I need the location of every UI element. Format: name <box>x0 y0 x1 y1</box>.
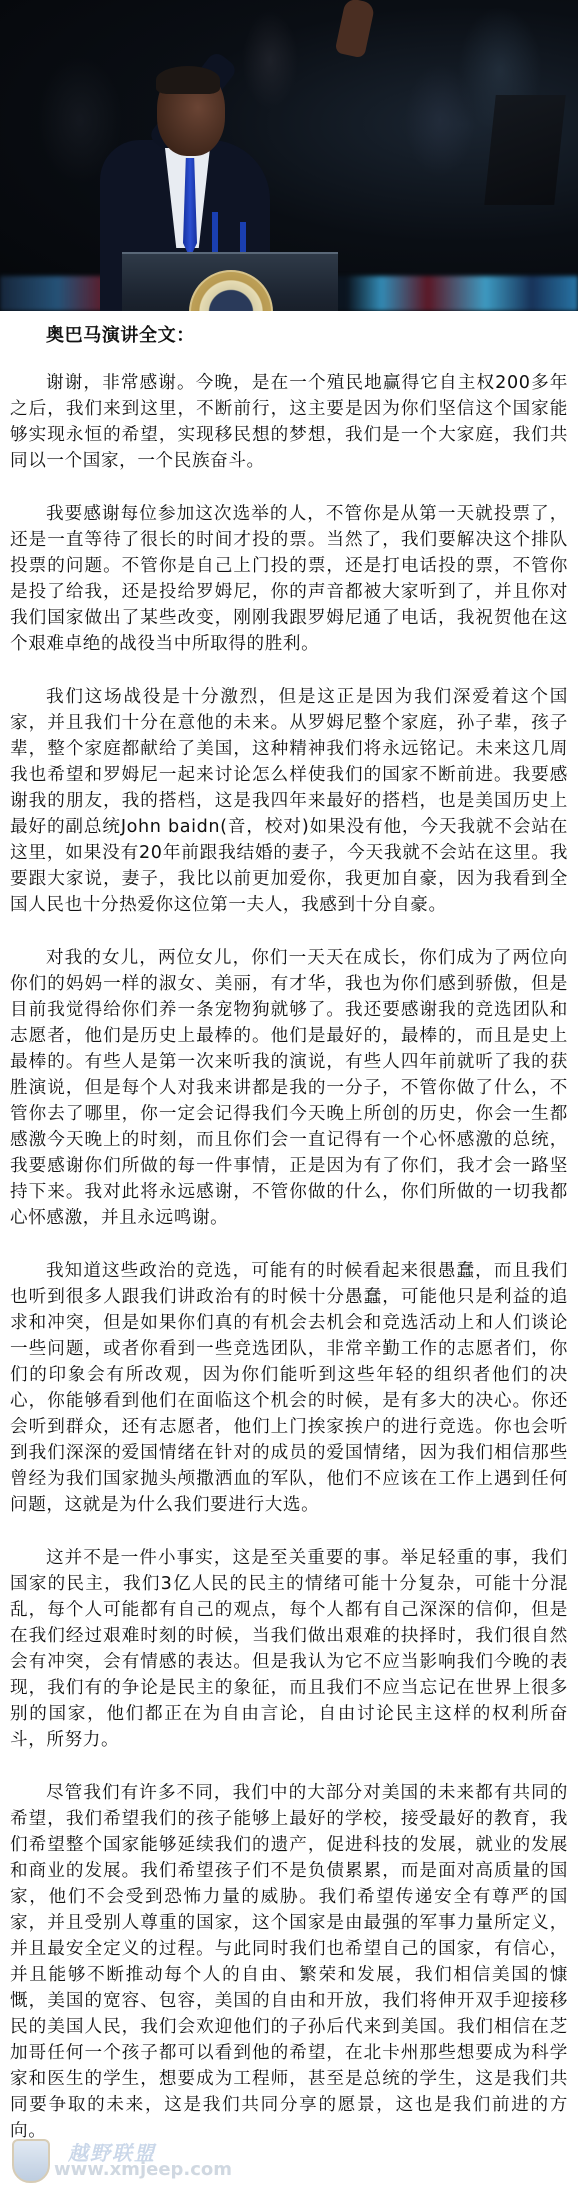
speaker-hair <box>156 66 220 94</box>
article-title: 奥巴马演讲全文： <box>10 322 568 350</box>
hero-photo <box>0 0 578 311</box>
microphone-icon <box>212 212 218 254</box>
microphone-icon <box>240 222 246 256</box>
paragraph: 我知道这些政治的竞选，可能有的时候看起来很愚蠢，而且我们也听到很多人跟我们讲政治… <box>10 1258 568 1518</box>
speech-article: 奥巴马演讲全文： 谢谢，非常感谢。今晚，是在一个殖民地赢得它自主权200多年之后… <box>10 322 568 2171</box>
paragraph: 我们这场战役是十分激烈，但是这正是因为我们深爱着这个国家，并且我们十分在意他的未… <box>10 684 568 918</box>
paragraph: 这并不是一件小事实，这是至关重要的事。举足轻重的事，我们国家的民主，我们3亿人民… <box>10 1545 568 1753</box>
paragraph: 对我的女儿，两位女儿，你们一天天在成长，你们成为了两位向你们的妈妈一样的淑女、美… <box>10 945 568 1231</box>
paragraph: 谢谢，非常感谢。今晚，是在一个殖民地赢得它自主权200多年之后，我们来到这里，不… <box>10 370 568 474</box>
teleprompter <box>484 95 566 205</box>
paragraph: 尽管我们有许多不同，我们中的大部分对美国的未来都有共同的希望，我们希望我们的孩子… <box>10 1780 568 2144</box>
paragraph: 我要感谢每位参加这次选举的人，不管你是从第一天就投票了，还是一直等待了很长的时间… <box>10 501 568 657</box>
